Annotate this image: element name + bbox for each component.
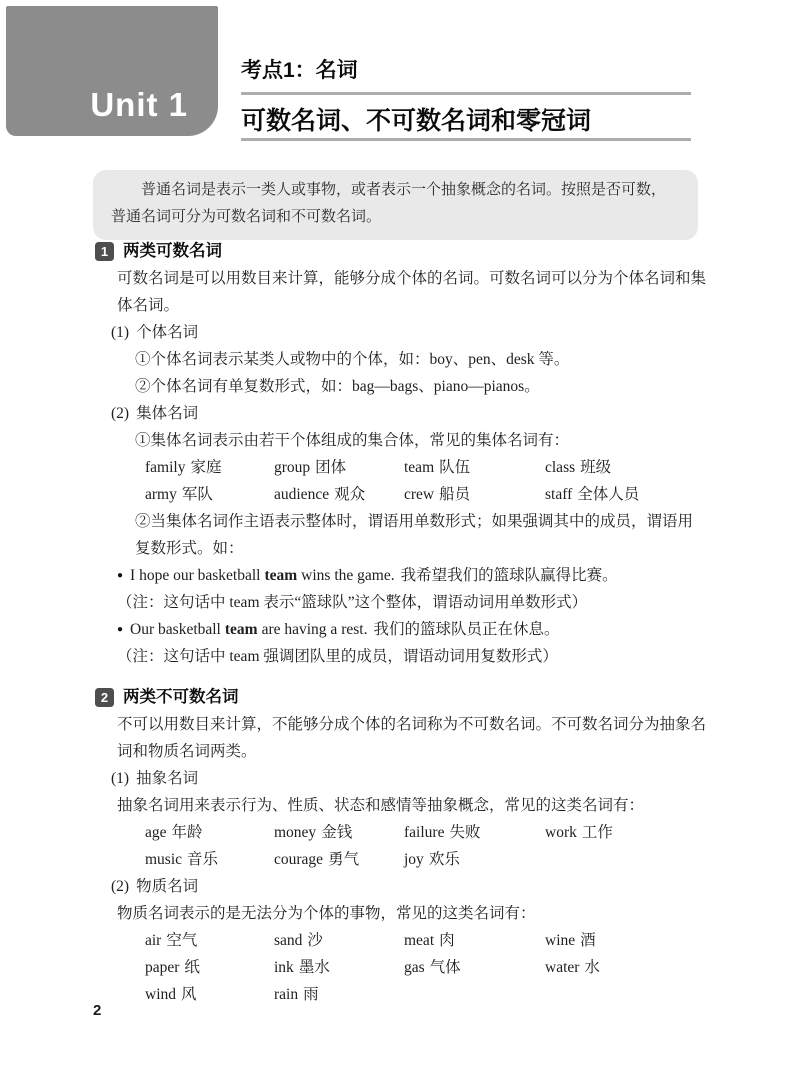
word-cell: army军队 [145, 481, 274, 508]
word-zh: 家庭 [190, 459, 221, 476]
word-en: sand [274, 932, 302, 949]
word-grid-abstract-nouns: age年龄 money金钱 failure失败 work工作 music音乐 c… [145, 819, 707, 873]
section-number-badge: 2 [95, 688, 114, 707]
subsection-desc: 物质名词表示的是无法分为个体的事物，常见的这类名词有： [95, 900, 707, 927]
word-cell: failure失败 [404, 819, 545, 846]
subsection-desc: 抽象名词用来表示行为、性质、状态和感情等抽象概念，常见的这类名词有： [95, 792, 707, 819]
example-zh: 我希望我们的篮球队赢得比赛。 [401, 567, 618, 584]
word-cell: air空气 [145, 927, 274, 954]
word-cell: sand沙 [274, 927, 404, 954]
grammar-point: ①个体名词表示某类人或物中的个体，如：boy、pen、desk 等。 [95, 346, 707, 373]
section-title: 两类不可数名词 [123, 684, 239, 711]
section-2: 2 两类不可数名词 不可以用数目来计算，不能够分成个体的名词称为不可数名词。不可… [95, 684, 707, 1008]
section-title: 两类可数名词 [123, 238, 222, 265]
word-cell: work工作 [545, 819, 707, 846]
word-cell: class班级 [545, 454, 707, 481]
word-cell: wine酒 [545, 927, 707, 954]
word-cell: staff全体人员 [545, 481, 707, 508]
word-cell: paper纸 [145, 954, 274, 981]
unit-label: Unit 1 [90, 86, 188, 124]
word-zh: 失败 [449, 824, 480, 841]
section-1: 1 两类可数名词 可数名词是可以用数目来计算，能够分成个体的名词。可数名词可以分… [95, 238, 707, 670]
word-zh: 工作 [582, 824, 613, 841]
word-zh: 墨水 [299, 959, 330, 976]
word-zh: 金钱 [321, 824, 352, 841]
subsection-label: (1) [111, 324, 129, 341]
subsection-label: (2) [111, 405, 129, 422]
word-cell: courage勇气 [274, 846, 404, 873]
word-cell: joy欢乐 [404, 846, 545, 873]
bullet-icon: ● [117, 624, 123, 635]
section-intro: 可数名词是可以用数目来计算，能够分成个体的名词。可数名词可以分为个体名词和集体名… [95, 265, 707, 319]
word-grid-collective-nouns: family家庭 group团体 team队伍 class班级 army军队 a… [145, 454, 707, 508]
word-cell: water水 [545, 954, 707, 981]
header-divider-bottom [241, 138, 691, 141]
word-zh: 音乐 [187, 851, 218, 868]
grammar-point: ①集体名词表示由若干个体组成的集合体，常见的集体名词有： [95, 427, 707, 454]
subsection-label: (2) [111, 878, 129, 895]
word-zh: 水 [584, 959, 600, 976]
grammar-point: ②个体名词有单复数形式，如：bag—bags、piano—pianos。 [95, 373, 707, 400]
word-cell: crew船员 [404, 481, 545, 508]
book-page: Unit 1 考点1：名词 可数名词、不可数名词和零冠词 普通名词是表示一类人或… [0, 0, 790, 1083]
word-grid-material-nouns: air空气 sand沙 meat肉 wine酒 paper纸 ink墨水 gas… [145, 927, 707, 1008]
intro-box: 普通名词是表示一类人或事物，或者表示一个抽象概念的名词。按照是否可数，普通名词可… [93, 170, 698, 240]
word-en: family [145, 459, 185, 476]
word-zh: 欢乐 [429, 851, 460, 868]
unit-tab: Unit 1 [6, 6, 218, 136]
word-zh: 雨 [303, 986, 319, 1003]
word-cell: wind风 [145, 981, 274, 1008]
word-cell: group团体 [274, 454, 404, 481]
word-en: wine [545, 932, 575, 949]
word-en: group [274, 459, 310, 476]
example-note: （注：这句话中 team 强调团队里的成员，谓语动词用复数形式） [95, 643, 707, 670]
word-en: ink [274, 959, 294, 976]
word-en: air [145, 932, 161, 949]
word-en: crew [404, 486, 434, 503]
example-note: （注：这句话中 team 表示“篮球队”这个整体，谓语动词用单数形式） [95, 589, 707, 616]
word-en: team [404, 459, 434, 476]
word-cell: audience观众 [274, 481, 404, 508]
example-en: wins the game. [301, 567, 394, 584]
word-en: joy [404, 851, 424, 868]
word-en: audience [274, 486, 329, 503]
subsection-2-2: (2)物质名词 [95, 873, 707, 900]
word-cell: team队伍 [404, 454, 545, 481]
page-title: 可数名词、不可数名词和零冠词 [241, 101, 591, 137]
word-en: army [145, 486, 177, 503]
section-2-header: 2 两类不可数名词 [95, 684, 707, 711]
subsection-label: (1) [111, 770, 129, 787]
word-en: class [545, 459, 575, 476]
section-intro: 不可以用数目来计算，不能够分成个体的名词称为不可数名词。不可数名词分为抽象名词和… [95, 711, 707, 765]
word-zh: 风 [181, 986, 197, 1003]
word-en: staff [545, 486, 572, 503]
page-number: 2 [93, 1002, 101, 1019]
word-zh: 观众 [334, 486, 365, 503]
grammar-point: ②当集体名词作主语表示整体时，谓语用单数形式；如果强调其中的成员，谓语用复数形式… [95, 508, 707, 562]
word-zh: 酒 [580, 932, 596, 949]
example-zh: 我们的篮球队员正在休息。 [373, 621, 559, 638]
word-en: age [145, 824, 167, 841]
word-cell: rain雨 [274, 981, 404, 1008]
word-cell: ink墨水 [274, 954, 404, 981]
word-zh: 班级 [580, 459, 611, 476]
content: 1 两类可数名词 可数名词是可以用数目来计算，能够分成个体的名词。可数名词可以分… [95, 238, 707, 1008]
word-zh: 气体 [430, 959, 461, 976]
word-cell: money金钱 [274, 819, 404, 846]
header-topic: 考点1：名词 [241, 54, 358, 84]
subsection-title: 个体名词 [136, 324, 198, 341]
word-zh: 年龄 [172, 824, 203, 841]
word-cell: meat肉 [404, 927, 545, 954]
word-zh: 队伍 [439, 459, 470, 476]
example-en: are having a rest. [262, 621, 368, 638]
subsection-title: 物质名词 [136, 878, 198, 895]
subsection-title: 集体名词 [136, 405, 198, 422]
word-zh: 船员 [439, 486, 470, 503]
word-zh: 沙 [307, 932, 323, 949]
word-en: meat [404, 932, 434, 949]
word-en: rain [274, 986, 298, 1003]
word-en: failure [404, 824, 444, 841]
word-zh: 肉 [439, 932, 455, 949]
word-zh: 军队 [182, 486, 213, 503]
subsection-1-2: (2)集体名词 [95, 400, 707, 427]
header-divider-top [241, 92, 691, 95]
word-en: paper [145, 959, 179, 976]
word-zh: 纸 [184, 959, 200, 976]
bullet-icon: ● [117, 570, 123, 581]
word-en: music [145, 851, 182, 868]
subsection-2-1: (1)抽象名词 [95, 765, 707, 792]
word-zh: 全体人员 [577, 486, 639, 503]
section-number-badge: 1 [95, 242, 114, 261]
example-en-bold: team [264, 567, 297, 584]
word-en: water [545, 959, 579, 976]
subsection-title: 抽象名词 [136, 770, 198, 787]
intro-text: 普通名词是表示一类人或事物，或者表示一个抽象概念的名词。按照是否可数，普通名词可… [111, 177, 680, 231]
word-en: money [274, 824, 316, 841]
example-en-bold: team [225, 621, 258, 638]
word-en: wind [145, 986, 176, 1003]
word-zh: 勇气 [328, 851, 359, 868]
word-zh: 空气 [166, 932, 197, 949]
word-cell: family家庭 [145, 454, 274, 481]
example-sentence: ●Our basketballteamare having a rest.我们的… [95, 616, 707, 643]
subsection-1-1: (1)个体名词 [95, 319, 707, 346]
word-en: courage [274, 851, 323, 868]
example-en: Our basketball [130, 621, 221, 638]
word-en: gas [404, 959, 425, 976]
example-en: I hope our basketball [130, 567, 260, 584]
word-cell: music音乐 [145, 846, 274, 873]
example-sentence: ●I hope our basketballteamwins the game.… [95, 562, 707, 589]
word-en: work [545, 824, 577, 841]
word-cell: gas气体 [404, 954, 545, 981]
word-zh: 团体 [315, 459, 346, 476]
section-1-header: 1 两类可数名词 [95, 238, 707, 265]
word-cell: age年龄 [145, 819, 274, 846]
